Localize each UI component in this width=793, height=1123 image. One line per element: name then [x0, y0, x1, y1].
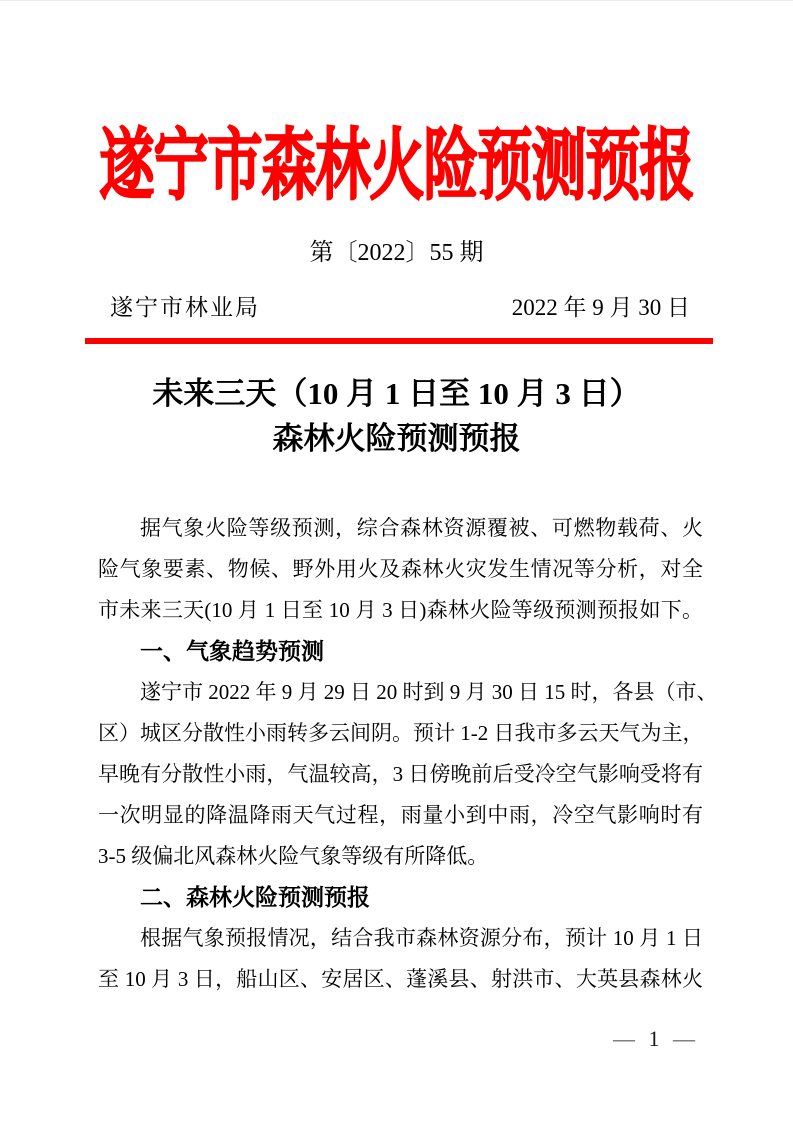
masthead-title: 遂宁市森林火险预测预报	[0, 125, 793, 206]
issuer-row: 遂宁市林业局 2022 年 9 月 30 日	[110, 293, 690, 323]
page-number: — 1 —	[613, 1026, 695, 1052]
page-number-value: 1	[649, 1026, 660, 1051]
page-number-right-dash: —	[673, 1026, 695, 1051]
red-divider-rule	[85, 338, 713, 344]
body-text-line: 据气象火险等级预测，综合森林资源覆被、可燃物载荷、火	[98, 508, 703, 549]
document-page: 遂宁市森林火险预测预报 第〔2022〕55 期 遂宁市林业局 2022 年 9 …	[0, 0, 793, 1123]
body-text: 据气象火险等级预测，综合森林资源覆被、可燃物载荷、火险气象要素、物候、野外用火及…	[98, 508, 703, 1000]
section-heading: 二、森林火险预测预报	[98, 877, 703, 918]
body-text-line: 至 10 月 3 日，船山区、安居区、蓬溪县、射洪市、大英县森林火	[98, 959, 703, 1000]
section-heading: 一、气象趋势预测	[98, 631, 703, 672]
body-text-line: 3-5 级偏北风森林火险气象等级有所降低。	[98, 836, 703, 877]
issue-date: 2022 年 9 月 30 日	[512, 293, 690, 323]
body-text-line: 早晚有分散性小雨，气温较高，3 日傍晚前后受冷空气影响受将有	[98, 754, 703, 795]
issuer-name: 遂宁市林业局	[110, 293, 260, 323]
document-title-line-1: 未来三天（10 月 1 日至 10 月 3 日）	[0, 371, 793, 416]
issue-number: 第〔2022〕55 期	[0, 237, 793, 269]
body-text-line: 市未来三天(10 月 1 日至 10 月 3 日)森林火险等级预测预报如下。	[98, 590, 703, 631]
document-title: 未来三天（10 月 1 日至 10 月 3 日） 森林火险预测预报	[0, 371, 793, 461]
document-title-line-2: 森林火险预测预报	[0, 416, 793, 461]
body-text-line: 根据气象预报情况，结合我市森林资源分布，预计 10 月 1 日	[98, 918, 703, 959]
body-text-line: 遂宁市 2022 年 9 月 29 日 20 时到 9 月 30 日 15 时，…	[98, 672, 703, 713]
page-number-left-dash: —	[613, 1026, 635, 1051]
body-text-line: 一次明显的降温降雨天气过程，雨量小到中雨，冷空气影响时有	[98, 795, 703, 836]
body-text-line: 险气象要素、物候、野外用火及森林火灾发生情况等分析，对全	[98, 549, 703, 590]
body-text-line: 区）城区分散性小雨转多云间阴。预计 1-2 日我市多云天气为主，	[98, 713, 703, 754]
